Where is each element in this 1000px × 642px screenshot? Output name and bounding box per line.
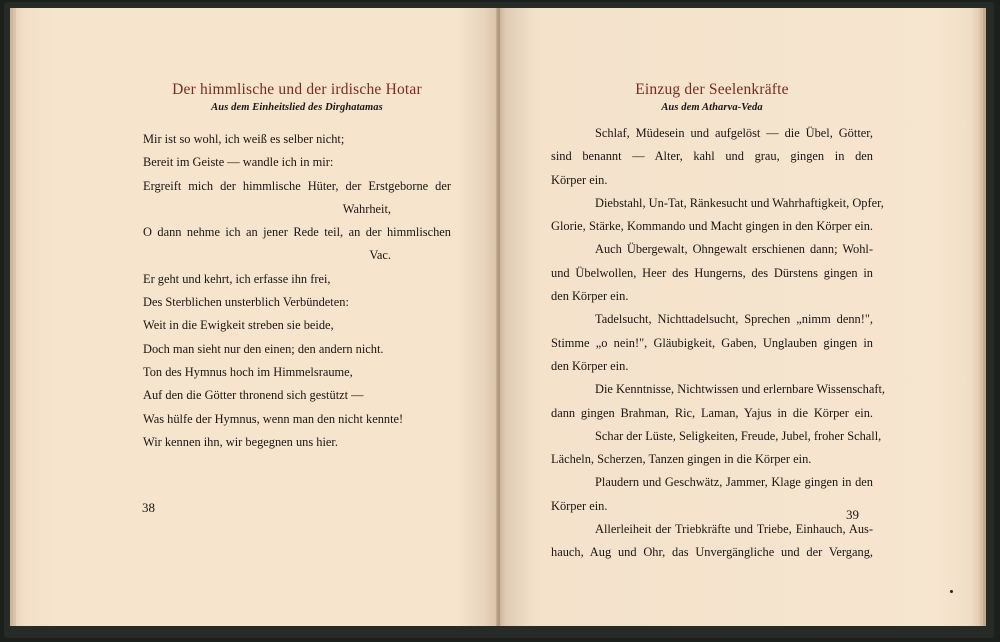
text-line: den Körper ein. bbox=[551, 355, 873, 378]
paragraph: Tadelsucht, Nichttadelsucht, Sprechen „n… bbox=[551, 308, 873, 378]
verse-line: Doch man sieht nur den einen; den andern… bbox=[143, 338, 451, 361]
prose-body: Schlaf, Müdesein und aufgelöst — die Übe… bbox=[551, 122, 873, 565]
poem-title: Einzug der Seelenkräfte bbox=[551, 80, 873, 100]
text-line: Tadelsucht, Nichttadelsucht, Sprechen „n… bbox=[551, 308, 873, 331]
text-line: Auch Übergewalt, Ohngewalt erschienen da… bbox=[551, 238, 873, 261]
verse-line: Bereit im Geiste — wandle ich in mir: bbox=[143, 151, 451, 174]
verse-line: Des Sterblichen unsterblich Verbündeten: bbox=[143, 291, 451, 314]
left-page-content: Der himmlische und der irdische Hotar Au… bbox=[143, 78, 451, 454]
text-line: den Körper ein. bbox=[551, 285, 873, 308]
right-page: Einzug der Seelenkräfte Aus dem Atharva-… bbox=[500, 8, 980, 626]
poem-subtitle: Aus dem Atharva-Veda bbox=[551, 100, 873, 116]
text-line: Diebstahl, Un-Tat, Ränkesucht und Wahrha… bbox=[551, 192, 873, 215]
verse-line: Auf den die Götter thronend sich gestütz… bbox=[143, 384, 451, 407]
verse-line: Ergreift mich der himmlische Hüter, der … bbox=[143, 175, 451, 198]
text-line: Die Kenntnisse, Nichtwissen und erlernba… bbox=[551, 378, 873, 401]
spine-shadow bbox=[458, 8, 498, 626]
verse-line: Was hülfe der Hymnus, wenn man den nicht… bbox=[143, 408, 451, 431]
paper-speck bbox=[950, 590, 953, 593]
paragraph: Schar der Lüste, Seligkeiten, Freude, Ju… bbox=[551, 425, 873, 472]
text-line: Körper ein. bbox=[551, 169, 873, 192]
text-line: Schlaf, Müdesein und aufgelöst — die Übe… bbox=[551, 122, 873, 145]
text-line: Glorie, Stärke, Kommando und Macht ginge… bbox=[551, 215, 873, 238]
text-line: sind benannt — Alter, kahl und grau, gin… bbox=[551, 145, 873, 168]
poem-title: Der himmlische und der irdische Hotar bbox=[143, 80, 451, 100]
verse-line-continuation: Vac. bbox=[143, 244, 451, 267]
spine-shadow bbox=[500, 8, 540, 626]
poem-subtitle: Aus dem Einheitslied des Dirghatamas bbox=[143, 100, 451, 116]
verse-line-continuation: Wahrheit, bbox=[143, 198, 451, 221]
paragraph: Die Kenntnisse, Nichtwissen und erlernba… bbox=[551, 378, 873, 425]
verse-line: Ton des Hymnus hoch im Himmelsraume, bbox=[143, 361, 451, 384]
text-line: hauch, Aug und Ohr, das Unvergängliche u… bbox=[551, 541, 873, 564]
verse-line: Er geht und kehrt, ich erfasse ihn frei, bbox=[143, 268, 451, 291]
paragraph: Allerleiheit der Triebkräfte und Triebe,… bbox=[551, 518, 873, 565]
page-number-right: 39 bbox=[846, 507, 859, 523]
left-page: Der himmlische und der irdische Hotar Au… bbox=[16, 8, 498, 626]
right-page-content: Einzug der Seelenkräfte Aus dem Atharva-… bbox=[551, 78, 873, 565]
text-line: Schar der Lüste, Seligkeiten, Freude, Ju… bbox=[551, 425, 873, 448]
text-line: Allerleiheit der Triebkräfte und Triebe,… bbox=[551, 518, 873, 541]
verse-line: O dann nehme ich an jener Rede teil, an … bbox=[143, 221, 451, 244]
text-line: Körper ein. bbox=[551, 495, 873, 518]
paragraph: Diebstahl, Un-Tat, Ränkesucht und Wahrha… bbox=[551, 192, 873, 239]
page-number-left: 38 bbox=[142, 500, 155, 516]
text-line: Lächeln, Scherzen, Tanzen gingen in die … bbox=[551, 448, 873, 471]
poem-body: Mir ist so wohl, ich weiß es selber nich… bbox=[143, 128, 451, 454]
verse-line: Mir ist so wohl, ich weiß es selber nich… bbox=[143, 128, 451, 151]
verse-line: Wir kennen ihn, wir begegnen uns hier. bbox=[143, 431, 451, 454]
text-line: Stimme „o nein!", Gläubigkeit, Gaben, Un… bbox=[551, 332, 873, 355]
text-line: dann gingen Brahman, Ric, Laman, Yajus i… bbox=[551, 402, 873, 425]
paragraph: Plaudern und Geschwätz, Jammer, Klage gi… bbox=[551, 471, 873, 518]
verse-line: Weit in die Ewigkeit streben sie beide, bbox=[143, 314, 451, 337]
paragraph: Auch Übergewalt, Ohngewalt erschienen da… bbox=[551, 238, 873, 308]
paragraph: Schlaf, Müdesein und aufgelöst — die Übe… bbox=[551, 122, 873, 192]
text-line: Plaudern und Geschwätz, Jammer, Klage gi… bbox=[551, 471, 873, 494]
text-line: und Übelwollen, Heer des Hungerns, des D… bbox=[551, 262, 873, 285]
